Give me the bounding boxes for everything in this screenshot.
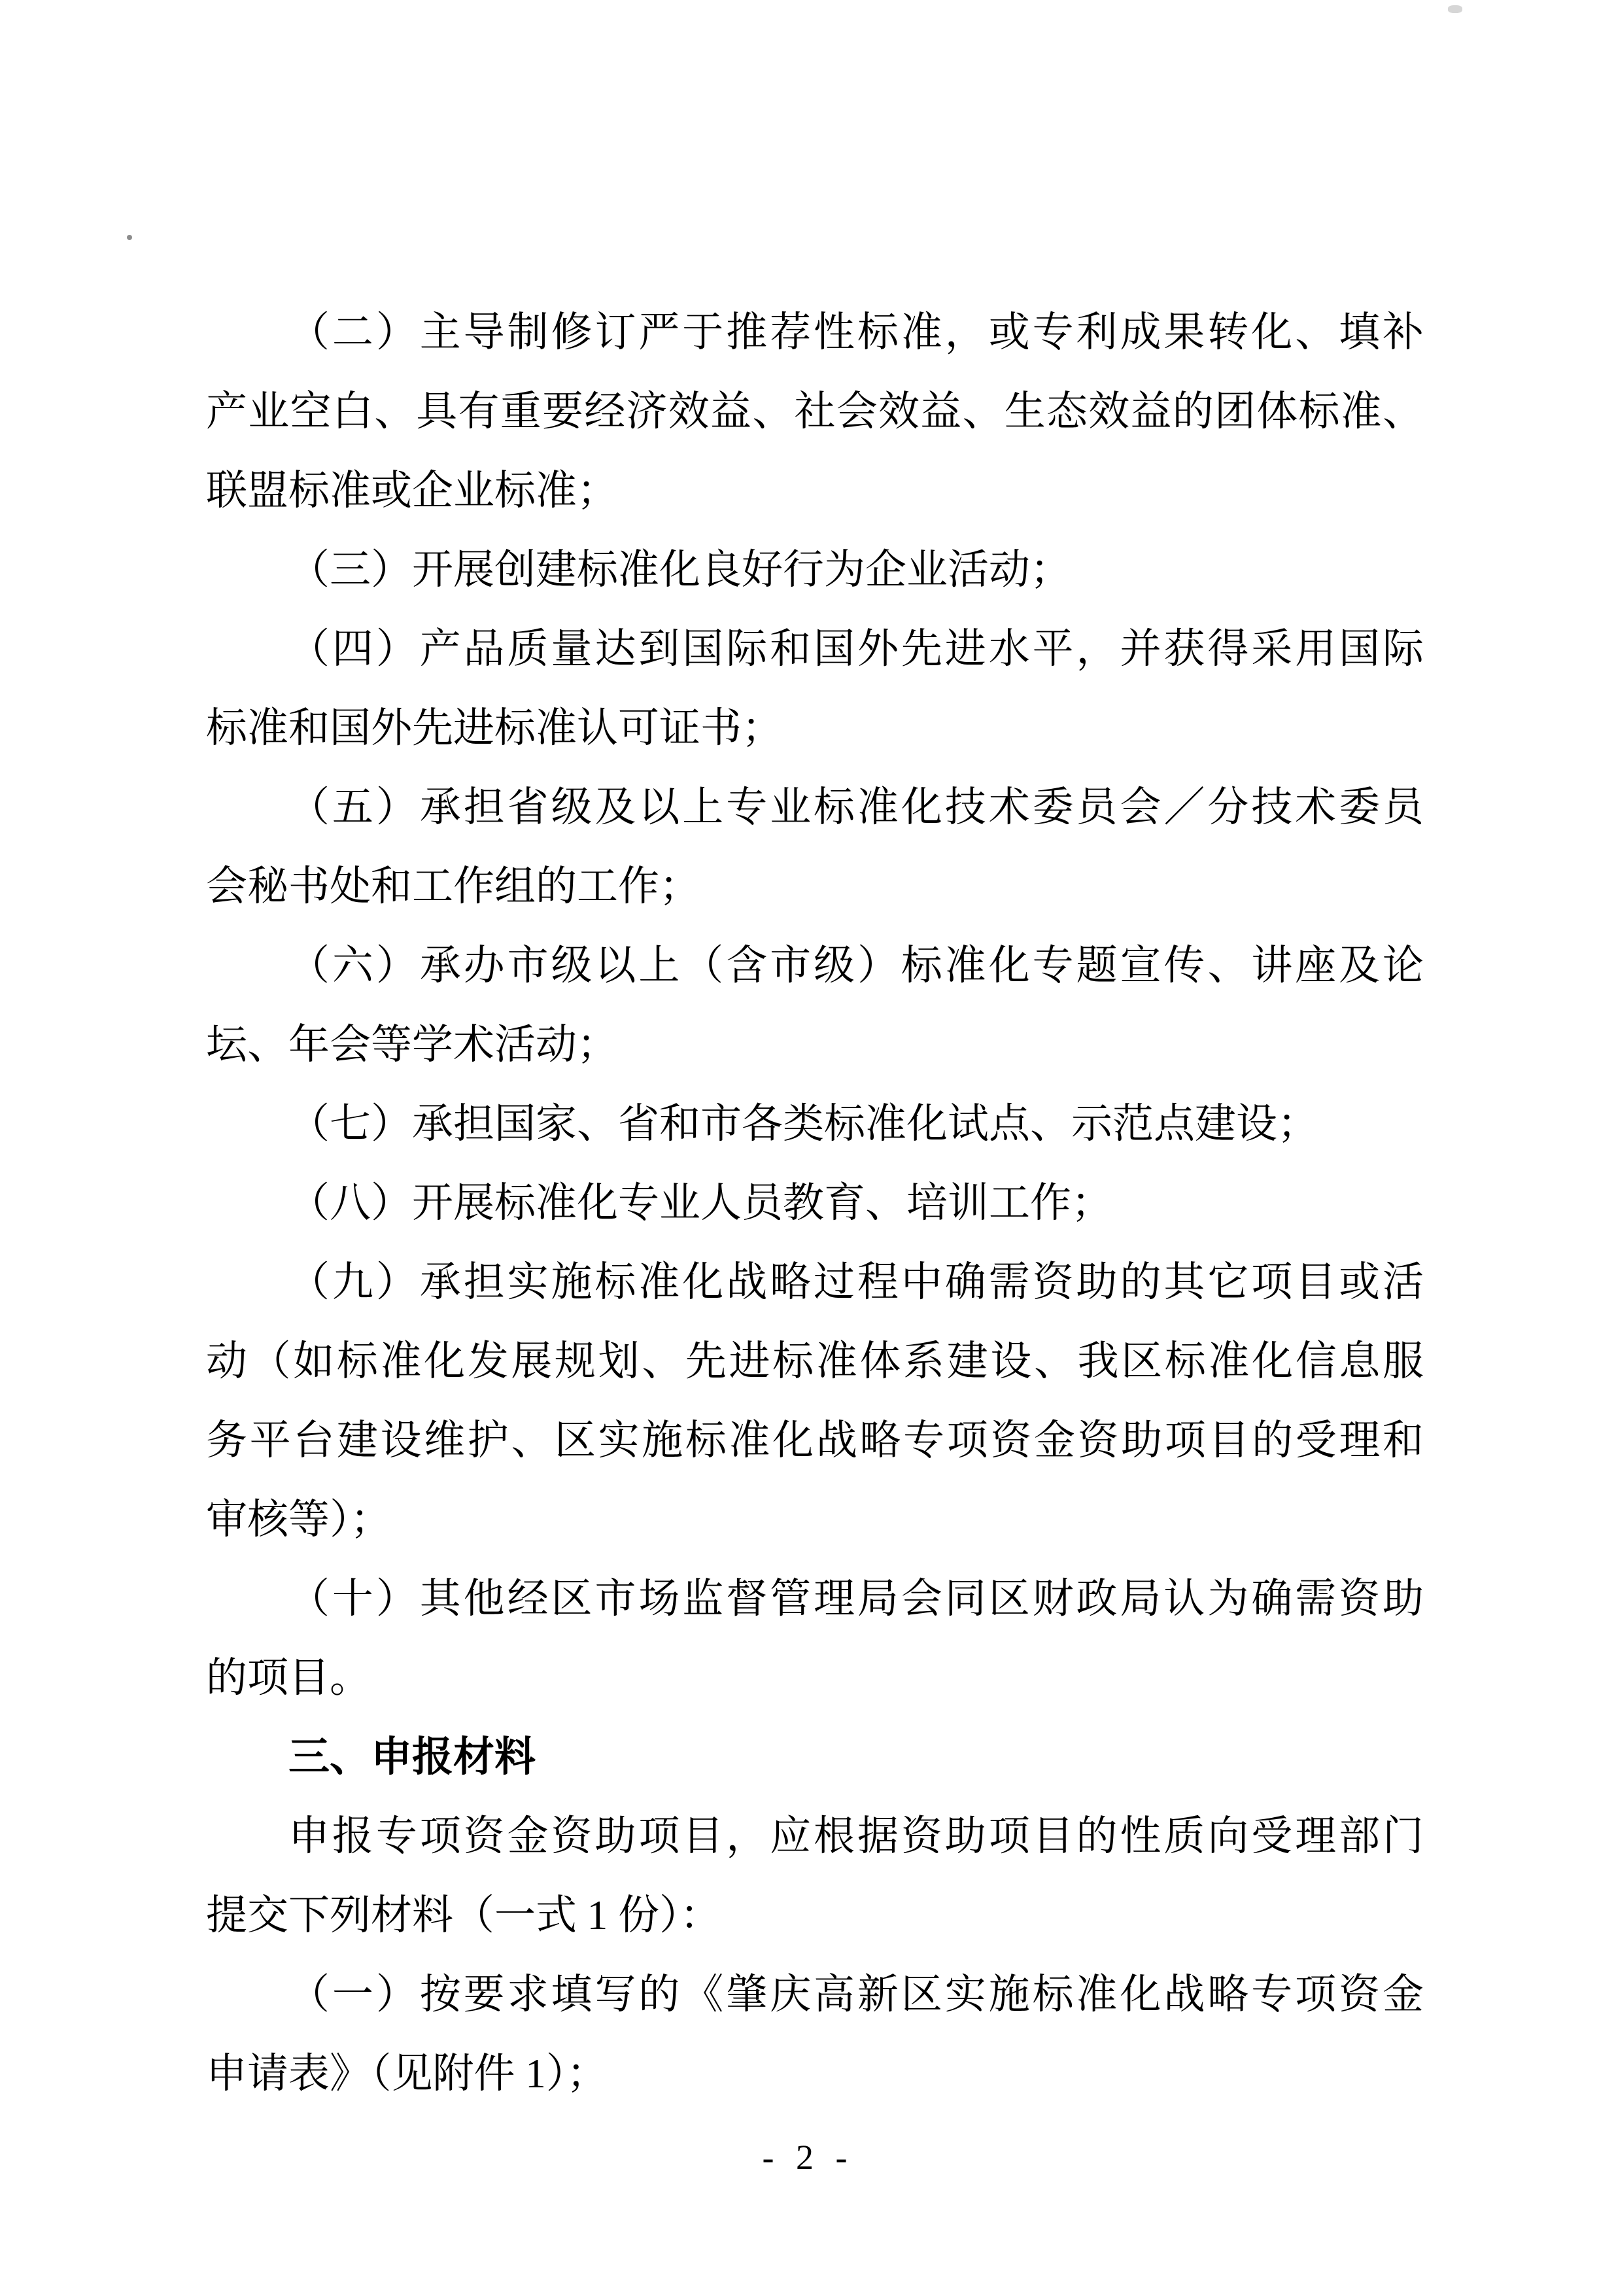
text-line: 审核等）； bbox=[206, 1480, 1424, 1559]
text-line: （十）其他经区市场监督管理局会同区财政局认为确需资助 bbox=[206, 1559, 1424, 1639]
paragraph: （三）开展创建标准化良好行为企业活动； bbox=[206, 531, 1424, 610]
document-page: （二）主导制修订严于推荐性标准，或专利成果转化、填补产业空白、具有重要经济效益、… bbox=[0, 0, 1616, 2296]
text-line: 务平台建设维护、区实施标准化战略专项资金资助项目的受理和 bbox=[206, 1401, 1424, 1480]
text-line: （四）产品质量达到国际和国外先进水平，并获得采用国际 bbox=[206, 610, 1424, 689]
text-line: 申请表》（见附件 1）； bbox=[206, 2034, 1424, 2113]
text-line: 联盟标准或企业标准； bbox=[206, 451, 1424, 531]
paragraph: （六）承办市级以上（含市级）标准化专题宣传、讲座及论坛、年会等学术活动； bbox=[206, 926, 1424, 1085]
paragraph: （十）其他经区市场监督管理局会同区财政局认为确需资助的项目。 bbox=[206, 1559, 1424, 1718]
text-line: （一）按要求填写的《肇庆高新区实施标准化战略专项资金 bbox=[206, 1955, 1424, 2034]
paragraph: （四）产品质量达到国际和国外先进水平，并获得采用国际标准和国外先进标准认可证书； bbox=[206, 610, 1424, 768]
text-line: 提交下列材料（一式 1 份）： bbox=[206, 1876, 1424, 1955]
paragraph: （二）主导制修订严于推荐性标准，或专利成果转化、填补产业空白、具有重要经济效益、… bbox=[206, 293, 1424, 531]
text-line: （三）开展创建标准化良好行为企业活动； bbox=[206, 531, 1424, 610]
scan-speck-icon bbox=[127, 235, 132, 240]
text-line: 坛、年会等学术活动； bbox=[206, 1005, 1424, 1085]
text-line: （六）承办市级以上（含市级）标准化专题宣传、讲座及论 bbox=[206, 926, 1424, 1005]
paragraph: （九）承担实施标准化战略过程中确需资助的其它项目或活动（如标准化发展规划、先进标… bbox=[206, 1243, 1424, 1559]
text-line: 申报专项资金资助项目，应根据资助项目的性质向受理部门 bbox=[206, 1797, 1424, 1876]
text-line: （八）开展标准化专业人员教育、培训工作； bbox=[206, 1164, 1424, 1243]
text-line: （五）承担省级及以上专业标准化技术委员会／分技术委员 bbox=[206, 768, 1424, 847]
text-line: 会秘书处和工作组的工作； bbox=[206, 847, 1424, 926]
paragraph: 申报专项资金资助项目，应根据资助项目的性质向受理部门提交下列材料（一式 1 份）… bbox=[206, 1797, 1424, 1955]
paragraph: （五）承担省级及以上专业标准化技术委员会／分技术委员会秘书处和工作组的工作； bbox=[206, 768, 1424, 926]
section-heading: 三、申报材料 bbox=[206, 1718, 1424, 1797]
text-line: 三、申报材料 bbox=[206, 1718, 1424, 1797]
paragraph: （七）承担国家、省和市各类标准化试点、示范点建设； bbox=[206, 1085, 1424, 1164]
paragraph: （一）按要求填写的《肇庆高新区实施标准化战略专项资金申请表》（见附件 1）； bbox=[206, 1955, 1424, 2113]
text-line: 动（如标准化发展规划、先进标准体系建设、我区标准化信息服 bbox=[206, 1322, 1424, 1401]
text-line: 产业空白、具有重要经济效益、社会效益、生态效益的团体标准、 bbox=[206, 372, 1424, 451]
page-number: - 2 - bbox=[0, 2131, 1616, 2183]
scan-smudge-icon bbox=[1448, 5, 1462, 13]
paragraph: （八）开展标准化专业人员教育、培训工作； bbox=[206, 1164, 1424, 1243]
text-line: （七）承担国家、省和市各类标准化试点、示范点建设； bbox=[206, 1085, 1424, 1164]
text-line: 标准和国外先进标准认可证书； bbox=[206, 689, 1424, 768]
text-line: （九）承担实施标准化战略过程中确需资助的其它项目或活 bbox=[206, 1243, 1424, 1322]
text-line: （二）主导制修订严于推荐性标准，或专利成果转化、填补 bbox=[206, 293, 1424, 372]
text-line: 的项目。 bbox=[206, 1639, 1424, 1718]
document-body: （二）主导制修订严于推荐性标准，或专利成果转化、填补产业空白、具有重要经济效益、… bbox=[206, 293, 1424, 2113]
